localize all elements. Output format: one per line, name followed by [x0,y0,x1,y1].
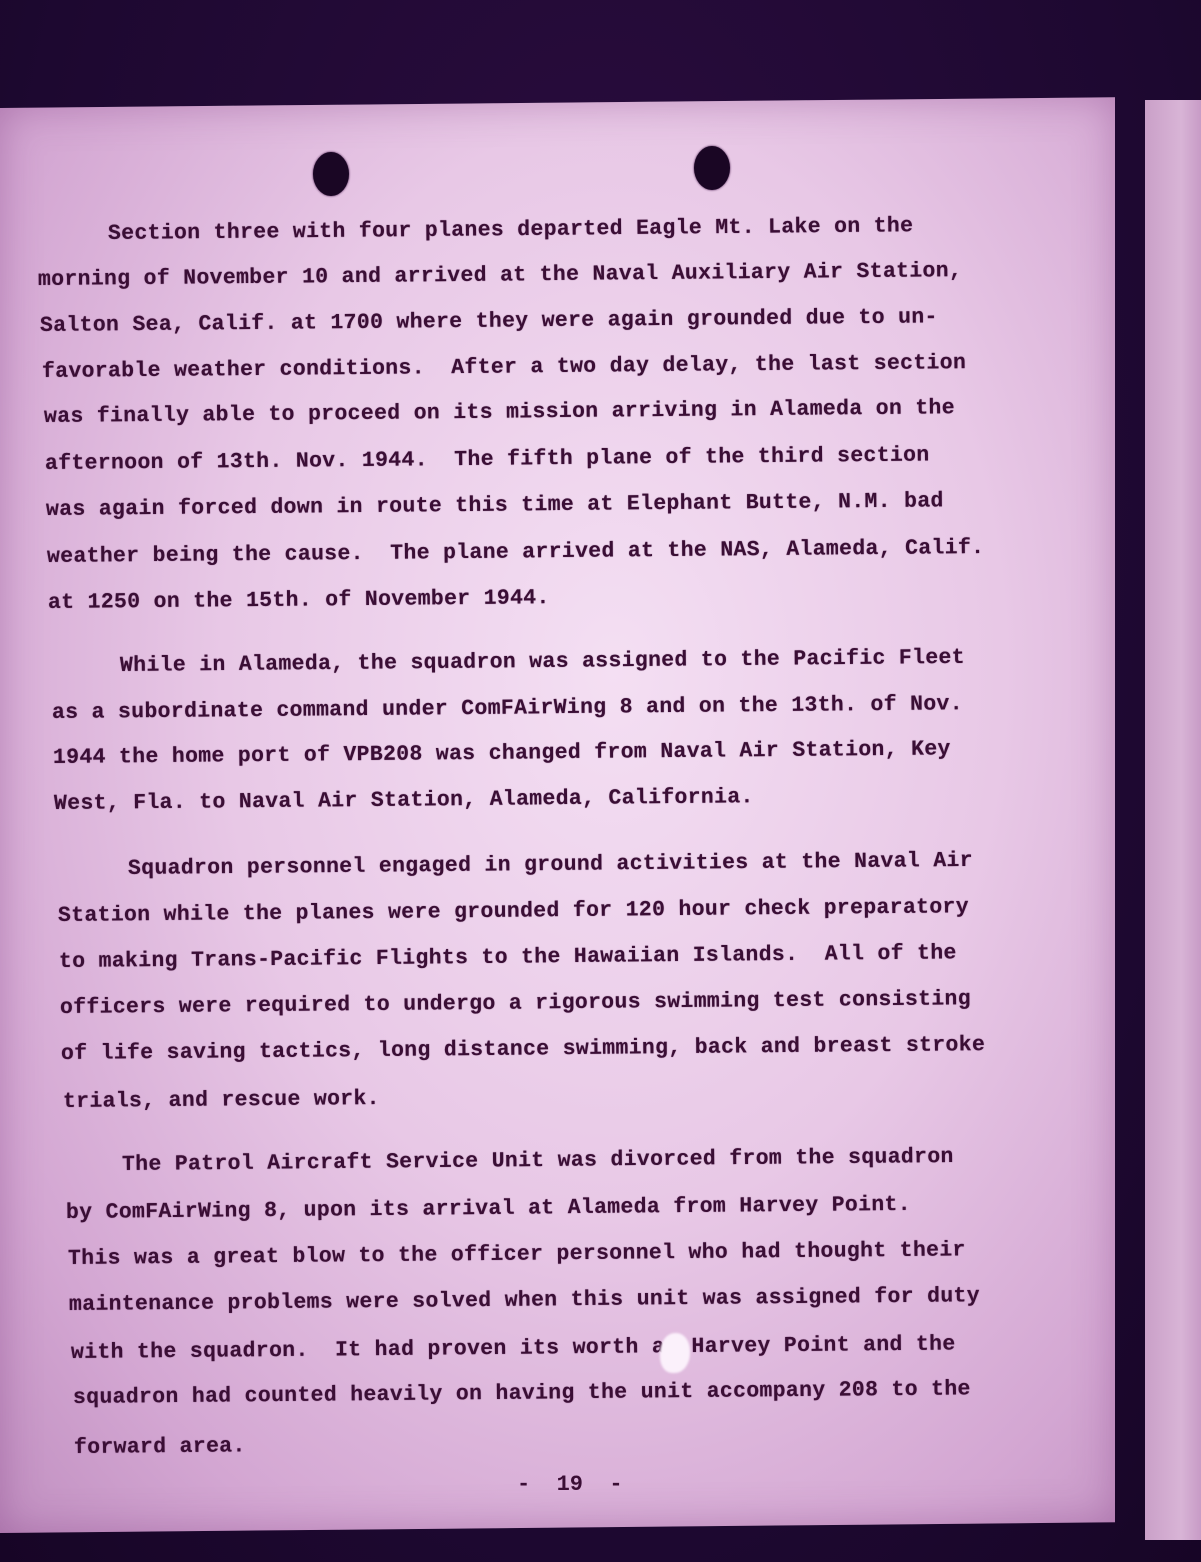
paragraph-2-line-1: While in Alameda, the squadron was assig… [120,646,965,678]
document-body: Section three with four planes departed … [0,0,1201,1562]
paragraph-3-line-1: Squadron personnel engaged in ground act… [128,849,973,881]
paragraph-1-line-2: morning of November 10 and arrived at th… [38,259,962,292]
paragraph-4-line-7: forward area. [74,1434,246,1460]
paragraph-1-line-9: at 1250 on the 15th. of November 1944. [48,586,550,615]
paragraph-4-line-5: with the squadron. It had proven its wor… [71,1333,956,1365]
paragraph-2-line-4: West, Fla. to Naval Air Station, Alameda… [54,785,754,816]
paragraph-3-line-5: of life saving tactics, long distance sw… [61,1033,985,1066]
paragraph-1-line-4: favorable weather conditions. After a tw… [42,351,966,384]
paragraph-4-line-2: by ComFAirWing 8, upon its arrival at Al… [66,1193,911,1225]
paragraph-4-line-6: squadron had counted heavily on having t… [73,1377,971,1410]
paragraph-4-line-1: The Patrol Aircraft Service Unit was div… [122,1145,954,1177]
paragraph-3-line-2: Station while the planes were grounded f… [58,895,969,928]
paragraph-1-line-7: was again forced down in route this time… [46,489,944,522]
paragraph-3-line-6: trials, and rescue work. [63,1087,380,1114]
paragraph-1-line-6: afternoon of 13th. Nov. 1944. The fifth … [45,444,930,476]
page-number: - 19 - [517,1472,623,1497]
paragraph-3-line-3: to making Trans-Pacific Flights to the H… [59,941,957,974]
paragraph-2-line-2: as a subordinate command under ComFAirWi… [52,692,963,725]
paragraph-1-line-8: weather being the cause. The plane arriv… [47,536,985,569]
paragraph-4-line-3: This was a great blow to the officer per… [68,1238,966,1271]
paragraph-1-line-5: was finally able to proceed on its missi… [44,396,955,429]
paragraph-2-line-3: 1944 the home port of VPB208 was changed… [53,737,951,770]
film-damage-spot [660,1333,690,1373]
paragraph-3-line-4: officers were required to undergo a rigo… [60,987,971,1020]
paragraph-4-line-4: maintenance problems were solved when th… [69,1284,980,1317]
paragraph-1-line-3: Salton Sea, Calif. at 1700 where they we… [40,305,938,338]
paragraph-1-line-1: Section three with four planes departed … [108,214,914,246]
